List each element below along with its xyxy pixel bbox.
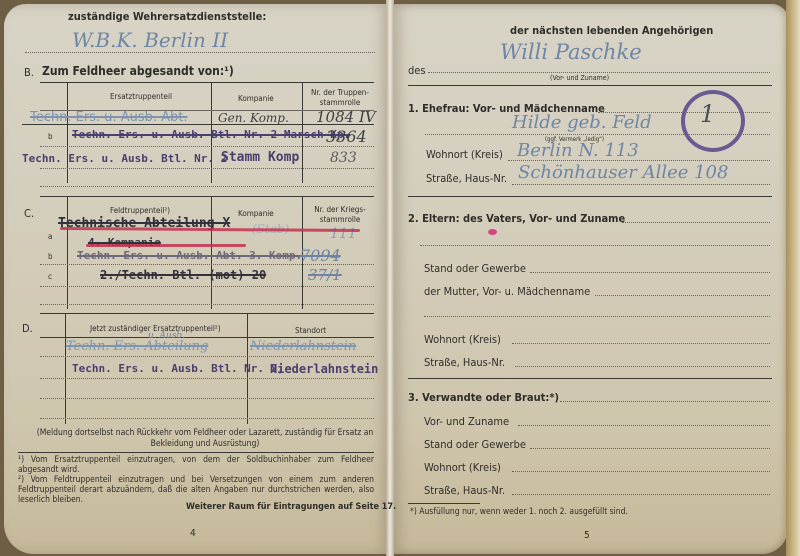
verwandte-wohnort-label: Wohnort (Kreis): [424, 461, 501, 474]
row-line: [40, 146, 374, 147]
dotted-line: [428, 72, 770, 73]
row-line: [40, 418, 374, 419]
strasse-value: Schönhauser Allee 108: [518, 162, 728, 183]
wehrersatz-value: W.B.K. Berlin II: [72, 28, 228, 52]
dotted-line: [530, 448, 770, 449]
section-b-title: Zum Feldheer abgesandt von:¹): [42, 64, 234, 78]
row-line: [40, 378, 374, 379]
dotted-line: [512, 343, 770, 344]
mutter-label: der Mutter, Vor- u. Mädchenname: [424, 285, 590, 298]
section-d-note: (Meldung dortselbst nach Rückkehr vom Fe…: [36, 428, 374, 450]
dotted-line: [530, 272, 770, 273]
rule: [408, 503, 480, 504]
eltern-wohnort-label: Wohnort (Kreis): [424, 333, 501, 346]
eltern-strasse-label: Straße, Haus-Nr.: [424, 356, 505, 369]
wehrersatz-header: zuständige Wehrersatzdienststelle:: [68, 10, 266, 23]
rule: [40, 313, 374, 314]
rule: [408, 378, 772, 379]
rule: [408, 196, 772, 197]
section-b-row-a-company: Gen. Komp.: [218, 111, 289, 125]
section-d-row-2-unit: Techn. Ers. u. Ausb. Btl. Nr. 2,: [72, 362, 284, 375]
book-edge: [786, 0, 800, 556]
section-d-row-1-location: Niederlahnstein: [250, 339, 356, 354]
rule: [40, 196, 374, 197]
dotted-line: [424, 316, 770, 317]
row-marker: c: [48, 272, 52, 281]
strasse-label: Straße, Haus-Nr.: [426, 172, 507, 185]
dotted-line: [512, 471, 770, 472]
col-header: Feldtruppenteil²): [110, 206, 170, 215]
section-c-row-c-number: 37/1: [308, 266, 342, 284]
row-marker: b: [48, 252, 53, 261]
dotted-line: [512, 494, 770, 495]
ehefrau-name-value: Hilde geb. Feld: [512, 112, 652, 133]
verwandte-stand-label: Stand oder Gewerbe: [424, 438, 526, 451]
dotted-line: [25, 52, 375, 53]
footnote-2: ²) Vom Feldtruppenteil einzutragen und b…: [18, 475, 374, 505]
section-b-row-current-number: 833: [330, 150, 357, 166]
col-header: Kompanie: [238, 209, 274, 218]
rule: [40, 82, 374, 83]
dotted-line: [560, 401, 770, 402]
page-number-right: 5: [584, 530, 590, 541]
col-header: Kompanie: [238, 94, 274, 103]
section-2-title: 2. Eltern: des Vaters, Vor- und Zuname: [408, 212, 625, 225]
circle-mark: 1: [700, 100, 715, 128]
dotted-line: [595, 295, 770, 296]
col-header: Ersatztruppenteil: [110, 92, 172, 101]
section-c-letter: C.: [24, 207, 34, 220]
col-divider: [67, 197, 68, 309]
dotted-line: [622, 222, 770, 223]
book-spine: [386, 0, 394, 556]
rule: [40, 337, 374, 338]
section-c-row-b-unit: Techn. Ers. u. Ausb. Abt. 3. Komp.: [77, 249, 302, 262]
col-header: Nr. der Truppen-stammrolle: [306, 88, 374, 108]
row-line: [40, 356, 374, 357]
dotted-line: [508, 160, 770, 161]
section-b-letter: B.: [24, 66, 34, 79]
vater-stand-label: Stand oder Gewerbe: [424, 262, 526, 275]
relatives-header: der nächsten lebenden Angehörigen: [510, 24, 713, 37]
section-b-row-a-unit: Techn. Ers. u. Ausb. Abt.: [30, 110, 188, 125]
row-line: [40, 286, 374, 287]
red-pencil-strike: [86, 244, 246, 247]
ink-spot: [488, 229, 497, 235]
more-space-note: Weiterer Raum für Eintragungen auf Seite…: [186, 502, 396, 512]
row-line: [40, 398, 374, 399]
section-3-title: 3. Verwandte oder Braut:*): [408, 391, 559, 404]
strike-line: [22, 124, 374, 125]
verwandte-strasse-label: Straße, Haus-Nr.: [424, 484, 505, 497]
col-header: Standort: [295, 326, 326, 335]
section-b-row-current-company: Stamm Komp: [221, 150, 299, 165]
row-marker: a: [48, 232, 52, 241]
section-c-row-b-number: 7094: [300, 246, 341, 265]
des-caption: (Vor- und Zuname): [550, 74, 609, 82]
wohnort-label: Wohnort (Kreis): [426, 148, 503, 161]
row-marker: b: [48, 132, 53, 141]
section-d-letter: D.: [22, 322, 33, 335]
section-c-row-a2-unit: 4. Kompanie: [88, 236, 161, 249]
rule: [408, 85, 772, 86]
rule: [18, 452, 374, 453]
section-b-row-b-unit: Techn. Ers. u. Ausb. Btl. Nr. 2 Marsch-K…: [72, 128, 350, 141]
row-line: [40, 186, 374, 187]
dotted-line: [420, 245, 770, 246]
col-divider: [65, 314, 66, 424]
page-number-left: 4: [190, 528, 196, 539]
dotted-line: [518, 425, 770, 426]
section-b-row-current-unit: Techn. Ers. u. Ausb. Btl. Nr. 2: [22, 152, 227, 165]
verwandte-name-label: Vor- und Zuname: [424, 415, 509, 428]
section-d-row-2-location: Niederlahnstein: [270, 362, 378, 376]
section-b-row-b-number: 3364: [326, 127, 367, 146]
col-header: Nr. der Kriegs-stammrolle: [306, 205, 374, 225]
section-c-row-c-unit: 2./Techn. Btl. (mot) 20: [100, 268, 266, 282]
row-line: [40, 304, 374, 305]
footnote-1: ¹) Vom Ersatztruppenteil einzutragen, vo…: [18, 455, 374, 475]
dotted-line: [512, 184, 770, 185]
des-value: Willi Paschke: [500, 40, 642, 64]
wohnort-value: Berlin N. 113: [517, 140, 639, 161]
right-footnote: *) Ausfüllung nur, wenn weder 1. noch 2.…: [410, 507, 628, 517]
dotted-line: [515, 366, 770, 367]
des-label: des: [408, 64, 426, 77]
row-line: [40, 264, 374, 265]
section-d-row-1-unit: Techn. Ers. Abteilung: [66, 339, 208, 354]
row-line: [40, 168, 374, 169]
